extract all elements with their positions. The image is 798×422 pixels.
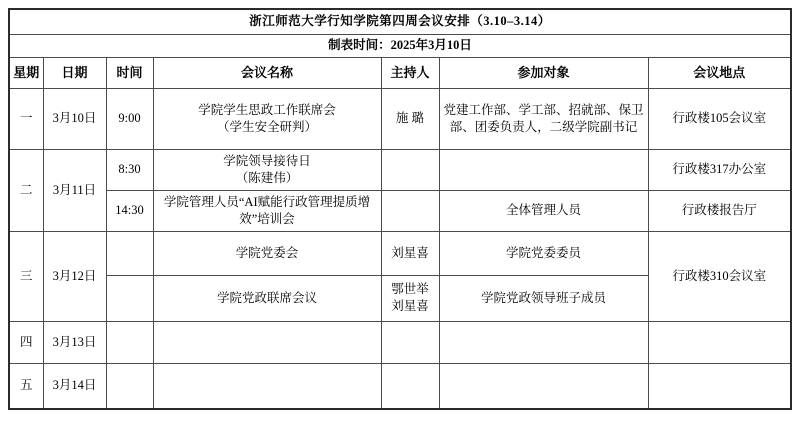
page-title: 浙江师范大学行知学院第四周会议安排（3.10–3.14） <box>9 9 791 34</box>
cell-date: 3月13日 <box>43 321 106 363</box>
table-row-fri: 五 3月14日 <box>9 363 791 409</box>
cell-participants: 学院党政领导班子成员 <box>439 275 648 321</box>
cell-location: 行政楼317办公室 <box>648 149 791 190</box>
meta-row: 制表时间：2025年3月10日 <box>9 34 791 57</box>
cell-host <box>381 149 439 190</box>
cell-week: 二 <box>9 149 43 231</box>
cell-time: 9:00 <box>106 88 153 149</box>
cell-host: 施 璐 <box>381 88 439 149</box>
cell-participants: 全体管理人员 <box>439 190 648 231</box>
cell-host <box>381 363 439 409</box>
cell-date: 3月10日 <box>43 88 106 149</box>
table-row-wed-1: 三 3月12日 学院党委会 刘星喜 学院党委委员 行政楼310会议室 <box>9 231 791 275</box>
table-row-mon: 一 3月10日 9:00 学院学生思政工作联席会 （学生安全研判） 施 璐 党建… <box>9 88 791 149</box>
cell-host <box>381 321 439 363</box>
header-date: 日期 <box>43 57 106 88</box>
cell-meeting-name: 学院党委会 <box>153 231 381 275</box>
cell-meeting-name: 学院领导接待日 （陈建伟） <box>153 149 381 190</box>
document-page: 浙江师范大学行知学院第四周会议安排（3.10–3.14） 制表时间：2025年3… <box>0 0 798 422</box>
header-location: 会议地点 <box>648 57 791 88</box>
cell-week: 一 <box>9 88 43 149</box>
cell-time <box>106 275 153 321</box>
cell-meeting-name <box>153 321 381 363</box>
cell-host: 刘星喜 <box>381 231 439 275</box>
cell-location: 行政楼报告厅 <box>648 190 791 231</box>
cell-meeting-name <box>153 363 381 409</box>
cell-participants <box>439 321 648 363</box>
header-meeting: 会议名称 <box>153 57 381 88</box>
cell-date: 3月14日 <box>43 363 106 409</box>
table-row-tue-1: 二 3月11日 8:30 学院领导接待日 （陈建伟） 行政楼317办公室 <box>9 149 791 190</box>
cell-host: 鄂世举 刘星喜 <box>381 275 439 321</box>
table-row-tue-2: 14:30 学院管理人员“AI赋能行政管理提质增效”培训会 全体管理人员 行政楼… <box>9 190 791 231</box>
cell-meeting-name: 学院党政联席会议 <box>153 275 381 321</box>
cell-location <box>648 363 791 409</box>
cell-time <box>106 321 153 363</box>
cell-date: 3月12日 <box>43 231 106 321</box>
header-host: 主持人 <box>381 57 439 88</box>
cell-week: 五 <box>9 363 43 409</box>
table-row-thu: 四 3月13日 <box>9 321 791 363</box>
cell-time <box>106 363 153 409</box>
header-week: 星期 <box>9 57 43 88</box>
tabulation-time: 制表时间：2025年3月10日 <box>9 34 791 57</box>
cell-participants: 党建工作部、学工部、招就部、保卫部、团委负责人，二级学院副书记 <box>439 88 648 149</box>
cell-date: 3月11日 <box>43 149 106 231</box>
cell-meeting-name: 学院学生思政工作联席会 （学生安全研判） <box>153 88 381 149</box>
cell-meeting-name: 学院管理人员“AI赋能行政管理提质增效”培训会 <box>153 190 381 231</box>
cell-location: 行政楼310会议室 <box>648 231 791 321</box>
header-participants: 参加对象 <box>439 57 648 88</box>
cell-host <box>381 190 439 231</box>
cell-time <box>106 231 153 275</box>
cell-location <box>648 321 791 363</box>
cell-time: 8:30 <box>106 149 153 190</box>
cell-week: 四 <box>9 321 43 363</box>
cell-participants <box>439 149 648 190</box>
cell-time: 14:30 <box>106 190 153 231</box>
title-row: 浙江师范大学行知学院第四周会议安排（3.10–3.14） <box>9 9 791 34</box>
cell-participants: 学院党委委员 <box>439 231 648 275</box>
cell-participants <box>439 363 648 409</box>
header-row: 星期 日期 时间 会议名称 主持人 参加对象 会议地点 <box>9 57 791 88</box>
meeting-schedule-table: 浙江师范大学行知学院第四周会议安排（3.10–3.14） 制表时间：2025年3… <box>8 8 792 410</box>
header-time: 时间 <box>106 57 153 88</box>
cell-week: 三 <box>9 231 43 321</box>
cell-location: 行政楼105会议室 <box>648 88 791 149</box>
